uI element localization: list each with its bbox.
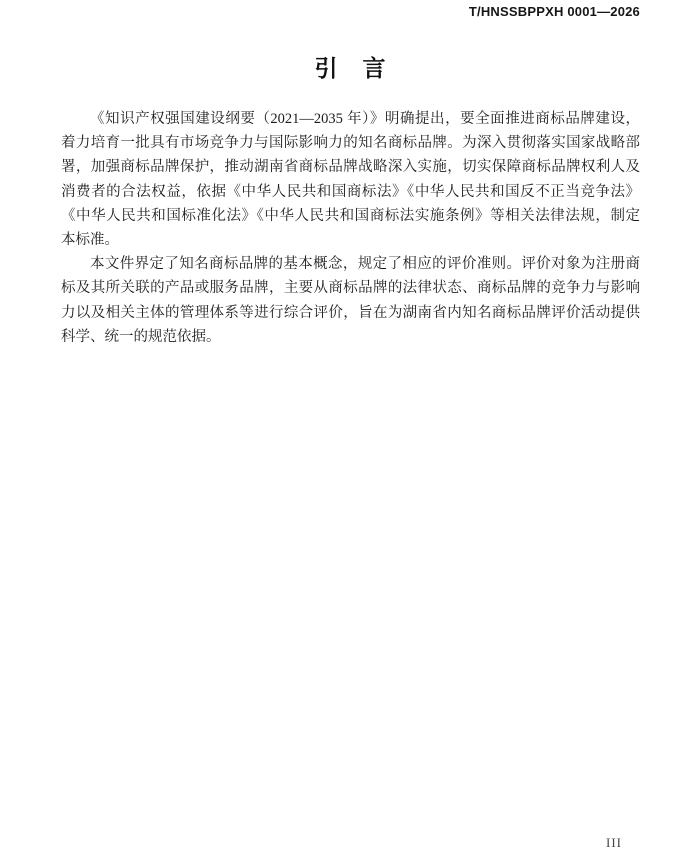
page-title: 引 言 (61, 54, 640, 82)
text-line: 科学、统一的规范依据。 (61, 325, 640, 349)
document-footer: III (0, 834, 622, 852)
text-line: 力以及相关主体的管理体系等进行综合评价，旨在为湖南省内知名商标品牌评价活动提供 (61, 301, 640, 325)
text-line: 着力培育一批具有市场竞争力与国际影响力的知名商标品牌。为深入贯彻落实国家战略部 (61, 131, 640, 155)
text-line: 消费者的合法权益，依据《中华人民共和国商标法》《中华人民共和国反不正当竞争法》 (61, 180, 640, 204)
text-line: 《知识产权强国建设纲要（2021—2035 年）》明确提出，要全面推进商标品牌建… (61, 107, 640, 131)
text-line: 《中华人民共和国标准化法》《中华人民共和国商标法实施条例》等相关法律法规，制定 (61, 204, 640, 228)
document-body: 《知识产权强国建设纲要（2021—2035 年）》明确提出，要全面推进商标品牌建… (61, 107, 640, 349)
paragraph: 本文件界定了知名商标品牌的基本概念，规定了相应的评价准则。评价对象为注册商 标及… (61, 252, 640, 349)
text-line: 本标准。 (61, 228, 640, 252)
document-code: T/HNSSBPPXH 0001—2026 (469, 4, 640, 19)
text-line: 标及其所关联的产品或服务品牌，主要从商标品牌的法律状态、商标品牌的竞争力与影响 (61, 276, 640, 300)
paragraph: 《知识产权强国建设纲要（2021—2035 年）》明确提出，要全面推进商标品牌建… (61, 107, 640, 252)
text-line: 署，加强商标品牌保护，推动湖南省商标品牌战略深入实施，切实保障商标品牌权利人及 (61, 155, 640, 179)
page-number: III (606, 835, 622, 850)
document-page: T/HNSSBPPXH 0001—2026 引 言 《知识产权强国建设纲要（20… (0, 0, 700, 855)
document-header: T/HNSSBPPXH 0001—2026 (61, 3, 640, 21)
text-line: 本文件界定了知名商标品牌的基本概念，规定了相应的评价准则。评价对象为注册商 (61, 252, 640, 276)
